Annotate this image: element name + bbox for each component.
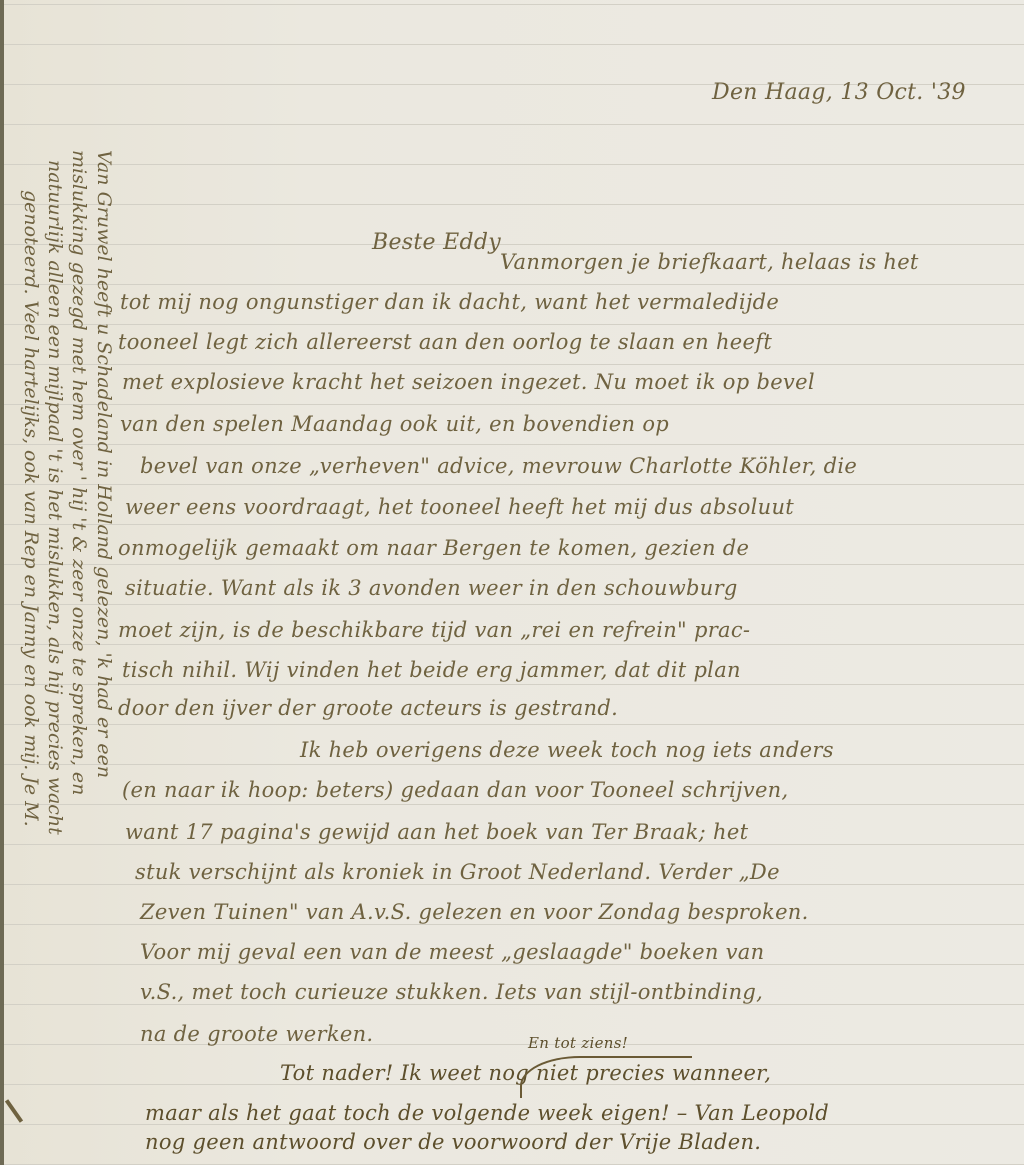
ruled-line: [4, 564, 1024, 565]
place-date: Den Haag, 13 Oct. '39: [712, 82, 966, 104]
letter-line: moet zijn, is de beschikbare tijd van „r…: [118, 620, 750, 641]
letter-line: Ik heb overigens deze week toch nog iets…: [300, 740, 834, 761]
letter-line: want 17 pagina's gewijd aan het boek van…: [125, 822, 748, 843]
ruled-line: [4, 804, 1024, 805]
letter-line: onmogelijk gemaakt om naar Bergen te kom…: [118, 538, 749, 559]
ruled-line: [4, 404, 1024, 405]
ruled-line: [4, 924, 1024, 925]
page-left-edge: [0, 0, 4, 1165]
letter-line: situatie. Want als ik 3 avonden weer in …: [125, 578, 738, 599]
ruled-line: [4, 364, 1024, 365]
letter-line: tooneel legt zich allereerst aan den oor…: [118, 332, 772, 353]
ruled-line: [4, 444, 1024, 445]
ruled-line: [4, 244, 1024, 245]
letter-line: Zeven Tuinen" van A.v.S. gelezen en voor…: [140, 902, 809, 923]
ruled-line: [4, 684, 1024, 685]
ruled-line: [4, 204, 1024, 205]
salutation: Beste Eddy: [372, 232, 501, 254]
insertion-mark: [520, 1056, 692, 1098]
letter-line: weer eens voordraagt, het tooneel heeft …: [125, 497, 794, 518]
ruled-line: [4, 164, 1024, 165]
letter-line: maar als het gaat toch de volgende week …: [145, 1103, 829, 1124]
letter-line: nog geen antwoord over de voorwoord der …: [145, 1132, 761, 1153]
letter-line: door den ijver der groote acteurs is ges…: [118, 698, 618, 719]
ruled-line: [4, 4, 1024, 5]
ruled-line: [4, 604, 1024, 605]
margin-note-line: genoteerd. Veel hartelijks, ook van Rep …: [20, 190, 42, 827]
margin-note-line: mislukking gezegd met hem over ' hij 't …: [68, 150, 90, 795]
letter-line: Vanmorgen je briefkaart, helaas is het: [500, 252, 919, 273]
insertion-text: En tot ziens!: [528, 1036, 628, 1051]
ruled-line: [4, 124, 1024, 125]
letter-line: van den spelen Maandag ook uit, en boven…: [120, 414, 669, 435]
ruled-line: [4, 964, 1024, 965]
letter-line: v.S., met toch curieuze stukken. Iets va…: [140, 982, 763, 1003]
letter-line: stuk verschijnt als kroniek in Groot Ned…: [135, 862, 780, 883]
ruled-line: [4, 724, 1024, 725]
ruled-line: [4, 1004, 1024, 1005]
letter-line: bevel van onze „verheven" advice, mevrou…: [140, 456, 857, 477]
letter-line: Voor mij geval een van de meest „geslaag…: [140, 942, 764, 963]
ruled-line: [4, 484, 1024, 485]
ruled-line: [4, 324, 1024, 325]
ruled-line: [4, 844, 1024, 845]
margin-note-line: natuurlijk alleen een mijlpaal 't is het…: [44, 160, 66, 835]
letter-line: tisch nihil. Wij vinden het beide erg ja…: [122, 660, 741, 681]
ruled-line: [4, 884, 1024, 885]
ruled-line: [4, 284, 1024, 285]
letter-line: tot mij nog ongunstiger dan ik dacht, wa…: [120, 292, 779, 313]
letter-line: (en naar ik hoop: beters) gedaan dan voo…: [122, 780, 788, 801]
margin-note-line: Van Gruwel heeft u Schadeland in Holland…: [93, 150, 115, 778]
ruled-line: [4, 644, 1024, 645]
letter-line: met explosieve kracht het seizoen ingeze…: [122, 372, 815, 393]
ruled-line: [4, 764, 1024, 765]
letter-line: na de groote werken.: [140, 1024, 373, 1045]
ruled-line: [4, 44, 1024, 45]
ruled-line: [4, 524, 1024, 525]
